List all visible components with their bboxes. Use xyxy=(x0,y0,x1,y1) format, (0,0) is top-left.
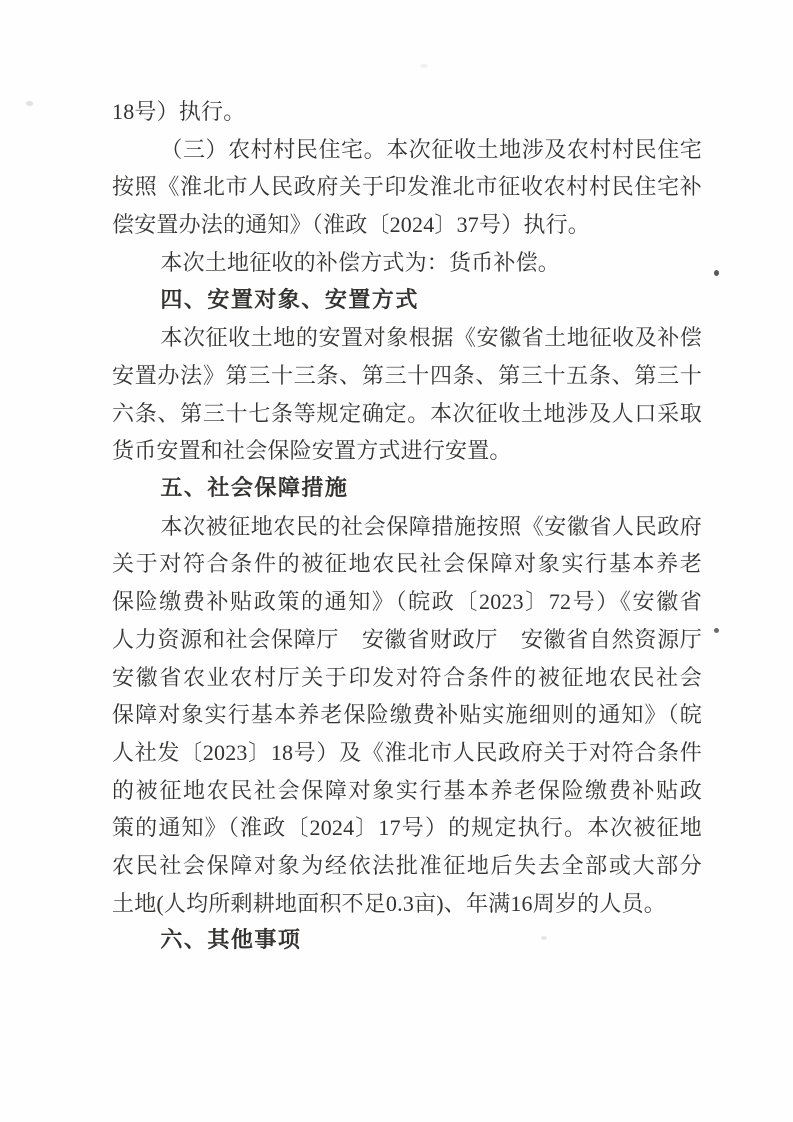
section-heading-6: 六、其他事项 xyxy=(112,922,702,960)
document-page: 18号）执行。 （三）农村村民住宅。本次征收土地涉及农村村民住宅 按照《淮北市人… xyxy=(0,0,793,1122)
paragraph-line: 策的通知》（淮政〔2024〕17号）的规定执行。本次被征地 xyxy=(112,809,702,847)
paragraph-line: 安徽省农业农村厅关于印发对符合条件的被征地农民社会 xyxy=(112,659,702,697)
paragraph-line: （三）农村村民住宅。本次征收土地涉及农村村民住宅 xyxy=(112,131,702,169)
scan-noise-speck xyxy=(26,101,33,106)
paragraph-line: 本次征收土地的安置对象根据《安徽省土地征收及补偿 xyxy=(112,319,702,357)
document-text-block: 18号）执行。 （三）农村村民住宅。本次征收土地涉及农村村民住宅 按照《淮北市人… xyxy=(112,93,702,960)
paragraph-line: 偿安置办法的通知》（淮政〔2024〕37号）执行。 xyxy=(112,206,702,244)
paragraph-line: 货币安置和社会保险安置方式进行安置。 xyxy=(112,432,702,470)
paragraph-line: 人社发〔2023〕18号）及《淮北市人民政府关于对符合条件 xyxy=(112,734,702,772)
paragraph-line: 保险缴费补贴政策的通知》（皖政〔2023〕72号）《安徽省 xyxy=(112,583,702,621)
paragraph-line: 关于对符合条件的被征地农民社会保障对象实行基本养老 xyxy=(112,545,702,583)
section-heading-4: 四、安置对象、安置方式 xyxy=(112,282,702,320)
paragraph-line: 按照《淮北市人民政府关于印发淮北市征收农村村民住宅补 xyxy=(112,168,702,206)
paragraph-line: 本次被征地农民的社会保障措施按照《安徽省人民政府 xyxy=(112,508,702,546)
scan-noise-speck xyxy=(714,628,719,633)
scan-noise-speck xyxy=(541,936,547,940)
scan-noise-speck xyxy=(420,64,428,68)
paragraph-line: 六条、第三十七条等规定确定。本次征收土地涉及人口采取 xyxy=(112,395,702,433)
scan-noise-speck xyxy=(714,270,719,276)
paragraph-line: 人力资源和社会保障厅 安徽省财政厅 安徽省自然资源厅 xyxy=(112,621,702,659)
paragraph-line: 的被征地农民社会保障对象实行基本养老保险缴费补贴政 xyxy=(112,772,702,810)
paragraph-line: 保障对象实行基本养老保险缴费补贴实施细则的通知》（皖 xyxy=(112,696,702,734)
paragraph-line: 农民社会保障对象为经依法批准征地后失去全部或大部分 xyxy=(112,847,702,885)
section-heading-5: 五、社会保障措施 xyxy=(112,470,702,508)
paragraph-line: 土地(人均所剩耕地面积不足0.3亩)、年满16周岁的人员。 xyxy=(112,885,702,923)
paragraph-line: 本次土地征收的补偿方式为：货币补偿。 xyxy=(112,244,702,282)
paragraph-continuation-line: 18号）执行。 xyxy=(112,93,702,131)
paragraph-line: 安置办法》第三十三条、第三十四条、第三十五条、第三十 xyxy=(112,357,702,395)
